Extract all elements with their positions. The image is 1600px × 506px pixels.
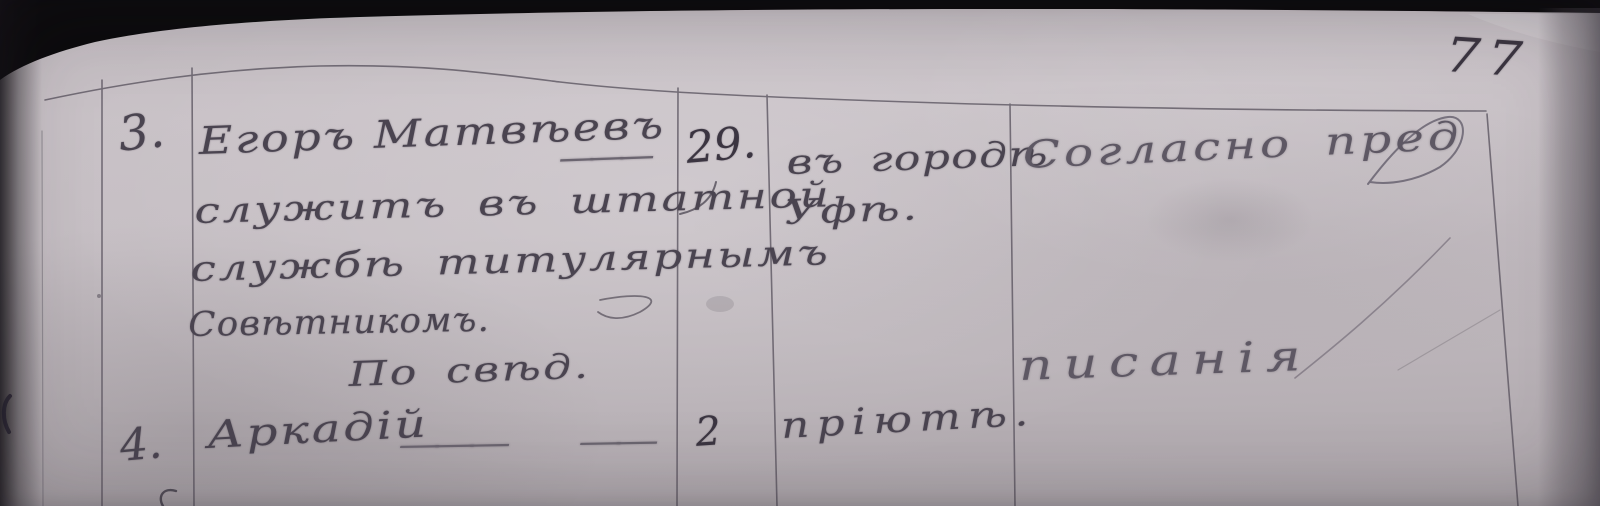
- page-crease-line: [1398, 310, 1500, 370]
- entry-line: По свѣд.: [348, 350, 591, 394]
- scanned-register-page: 77 3. Егоръ Матвѣевъ ——— 29. въ городѣ У…: [0, 0, 1600, 506]
- column-rule-4: [767, 95, 777, 506]
- age-value: 29.: [684, 120, 758, 172]
- entry-line3-tail-flourish: [598, 296, 651, 318]
- entry-line: Совѣтникомъ.: [188, 303, 490, 344]
- age-value: 2: [694, 410, 722, 454]
- entry-dash: ———: [398, 426, 504, 464]
- row-number: 3.: [116, 105, 167, 160]
- note-line: писанія: [1018, 334, 1313, 388]
- photo-top-black-edge: [0, 0, 1600, 80]
- page-number: 77: [1443, 30, 1530, 86]
- column-rule-3: [677, 88, 678, 506]
- column-rule-right: [1487, 114, 1518, 506]
- header-rule-arc: [45, 66, 1486, 111]
- right-page-edge: [1538, 8, 1600, 506]
- row-number: 4.: [118, 420, 164, 470]
- entry-dash: ———: [558, 137, 649, 178]
- ink-smudge: [706, 296, 734, 312]
- column-rule-margin: [42, 131, 43, 506]
- entry-dash: ——: [578, 424, 651, 461]
- ink-dot: [97, 294, 101, 298]
- cutoff-bottom-letter-stroke: [161, 490, 176, 506]
- pisaniya-upstroke-flourish: [1295, 238, 1450, 378]
